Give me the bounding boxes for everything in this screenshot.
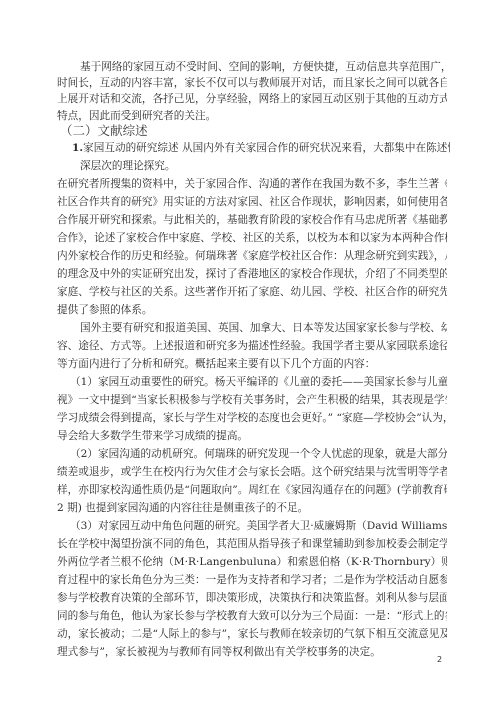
domestic-line-3: 合作展开研究和探索。与此相关的，基础教育阶段的家校合作有马忠虎所著《基础教育新概… [57,214,447,227]
domestic-line-6: 的理念及中外的实证研究出发，探讨了香港地区的家校合作现状，介绍了不同类型的家校合… [57,268,447,281]
intro-line-2: 时间长，互动的内容丰富，家长不仅可以与教师展开对话，而且家长之间可以就各自的问题… [57,77,447,90]
domestic-line-8: 提供了参照的体系。 [57,304,447,317]
intro-line-1: 基于网络的家园互动不受时间、空间的影响，方便快捷，互动信息共享范围广，受众大，保… [80,61,447,74]
subsection-title-line-1: 1.家园互动的研究综述 从国内外有关家园合作的研究状况来看，大都集中在陈述性的经… [72,142,450,155]
domestic-line-5: 内外家校合作的历史和经验。何瑞珠著《家庭学校社区合作：从理念研究到实践》，从西方… [57,250,447,263]
item1-line-1: （1）家园互动重要性的研究。杨天平编译的《儿童的委托——美国家长参与儿童早期教育… [70,376,447,389]
subsection-title-text: 家园互动的研究综述 从国内外有关家园合作的研究状况来看，大都集中在陈述性的经验层… [83,142,450,154]
foreign-line-2: 容、途径、方式等。上述报道和研究多为描述性经验。我国学者主要从家园联系途径、内容… [57,340,447,353]
subsection-title-line-2: 深层次的理论探究。 [80,160,470,173]
item3-line-8: 理式参与”，家长被视为与教师有同等权利做出有关学校事务的决定。 [57,646,447,659]
intro-line-4: 特点，因此而受到研究者的关注。 [57,110,447,123]
domestic-line-2: 社区合作共育的研究》用实证的方法对家园、社区合作现状，影响因素，如何使用各方面资… [57,196,447,209]
item1-line-3: 学习成绩会得到提高，家长与学生对学校的态度也会更好。” “家庭—学校协会”认为，… [57,412,447,425]
item3-line-7: 动，家长被动；二是“人际上的参与”，家长与教师在较亲切的气氛下相互交流意见及建议… [57,628,447,641]
item3-line-2: 长在学校中渴望扮演不同的角色，其范围从指导孩子和课堂辅助到参加校委会制定学校规章… [57,538,447,551]
domestic-line-7: 家庭、学校与社区的关系。这些著作开拓了家庭、幼儿园、学校、社区合作的研究先例，为… [57,286,447,299]
item3-line-4: 育过程中的家长角色分为三类：一是作为支持者和学习者；二是作为学校活动自愿参与者，… [57,574,447,587]
item1-line-4: 导会给大多数学生带来学习成绩的提高。 [57,430,447,443]
document-page: 基于网络的家园互动不受时间、空间的影响，方便快捷，互动信息共享范围广，受众大，保… [0,0,500,707]
item3-line-3: 外两位学者兰根不伦纳（M·R·Langenbuluna）和索恩伯格（K·R·Th… [57,556,447,569]
domestic-line-4: 合作》，论述了家校合作中家庭、学校、社区的关系，以校为本和以家为本两种合作模式，… [57,232,447,245]
item3-line-6: 同的参与角色，他认为家长参与学校教育大致可以分为三个局面：一是：“形式上的参与”… [57,610,447,623]
foreign-line-3: 等方面内进行了分析和研究。概括起来主要有以下几个方面的内容： [57,358,447,371]
section-heading: （二）文献综述 [60,124,450,137]
item3-line-1: （3）对家园互动中角色问题的研究。美国学者大卫·威廉姆斯（David Willi… [70,520,447,533]
foreign-line-1: 国外主要有研究和报道美国、英国、加拿大、日本等发达国家家长参与学校、幼儿园管理的… [80,322,447,335]
intro-line-3: 上展开对话和交流，各抒己见，分享经验，网络上的家园互动区别于其他的互动方式，有着… [57,93,447,106]
item3-line-5: 参与学校教育决策的全部环节，即决策形成，决策执行和决策监督。刘利从参与层面分析了… [57,592,447,605]
domestic-line-1: 在研究者所搜集的资料中，关于家园合作、沟通的著作在我国为数不多，李生兰著《幼儿园… [57,178,447,191]
subsection-number: 1. [72,142,83,154]
item2-line-1: （2）家园沟通的动机研究。何瑞珠的研究发现一个令人忧虑的现象，就是大部分教师因为… [70,448,447,461]
item1-line-2: 视》一文中提到“当家长积极参与学校有关事务时，会产生积极的结果，其表现是学生的出… [57,394,447,407]
item2-line-2: 绩差或退步，或学生在校内行为欠佳才会与家长会晤。这个研究结果与沈雪明等学者的研究… [57,466,447,479]
item2-line-3: 样，亦即家校沟通性质仍是“问题取向”。周红在《家园沟通存在的问题》(学前教育研究… [57,484,447,497]
page-number: 2 [437,655,442,664]
item2-line-4: 2 期) 也提到家园沟通的内容往往是侧重孩子的不足。 [57,502,447,515]
